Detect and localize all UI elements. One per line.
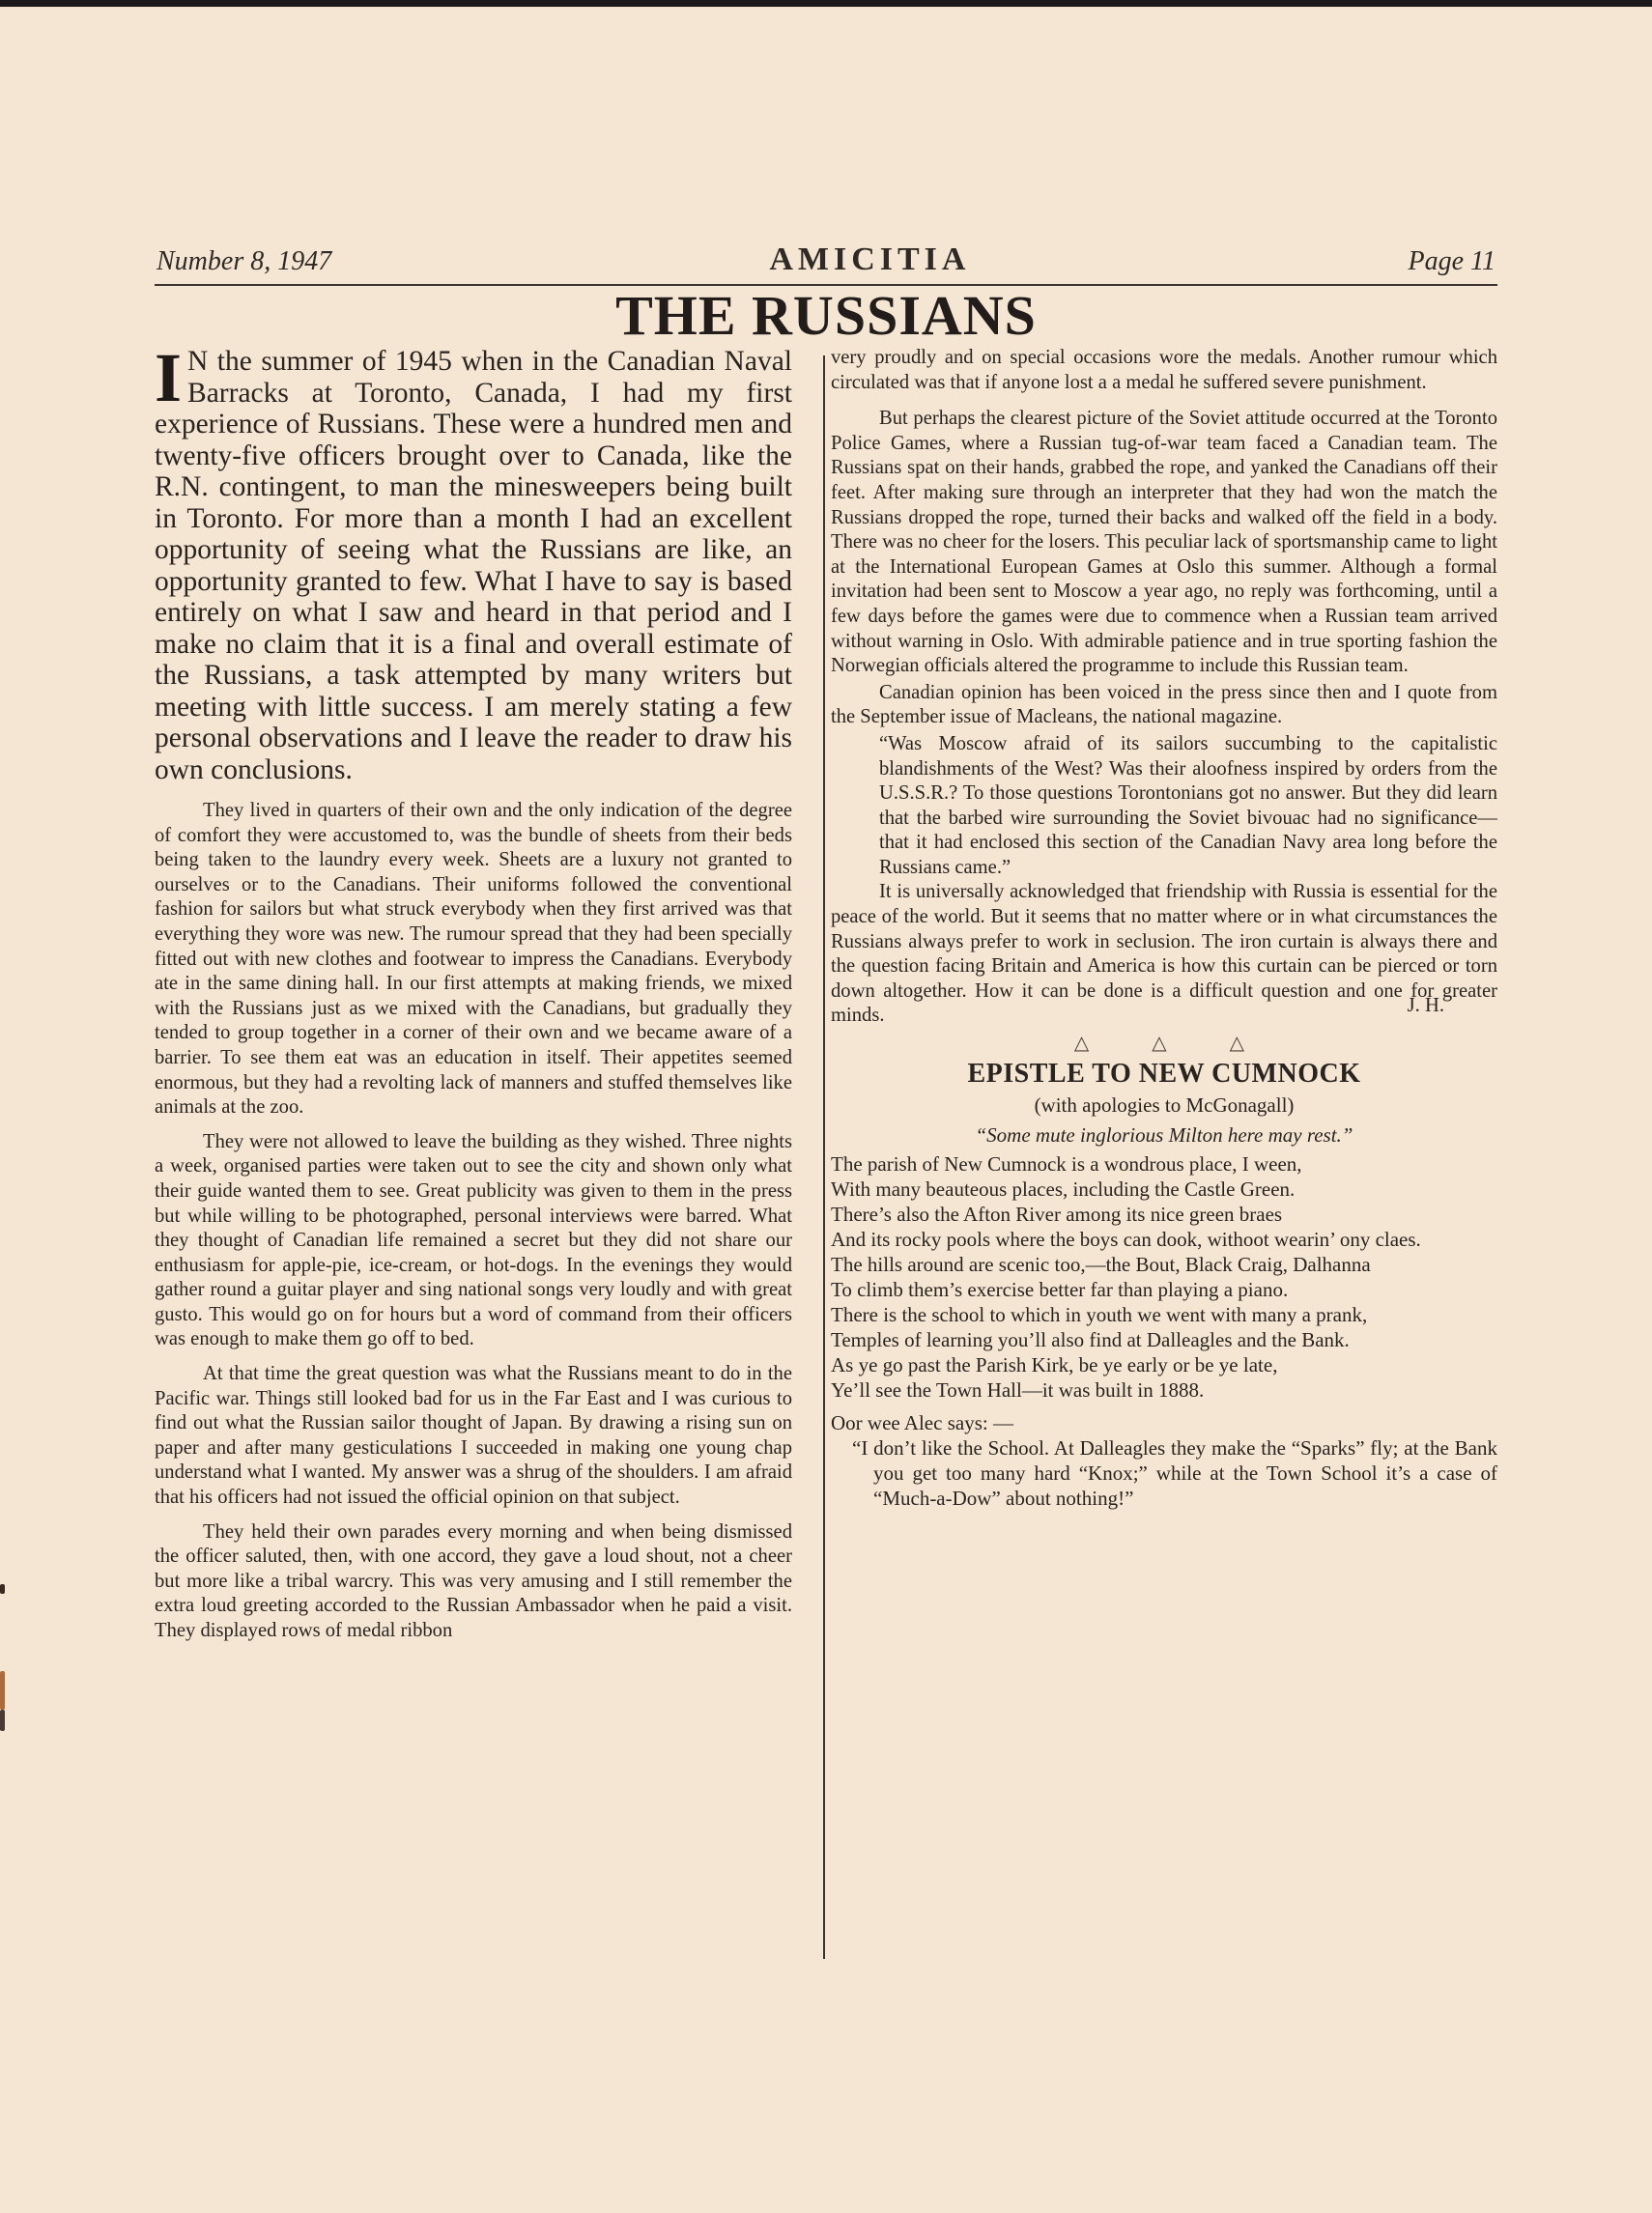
intro-text: N the summer of 1945 when in the Canadia… (155, 346, 792, 785)
poem-title: EPISTLE TO NEW CUMNOCK (831, 1059, 1497, 1090)
article-title: THE RUSSIANS (155, 288, 1497, 344)
closing-block: It is universally acknowledged that frie… (831, 880, 1497, 1029)
body-paragraph: But perhaps the clearest picture of the … (831, 407, 1497, 679)
continued-paragraph: very proudly and on special occasions wo… (831, 346, 1497, 395)
poem-line: The hills around are scenic too,—the Bou… (831, 1252, 1497, 1277)
poem-line: Ye’ll see the Town Hall—it was built in … (831, 1377, 1497, 1403)
section-ornament-icon: △ △ △ (850, 1031, 1497, 1055)
binding-mark (0, 1584, 5, 1594)
closing-paragraph: It is universally acknowledged that frie… (831, 880, 1497, 1029)
page-number: Page 11 (1409, 246, 1495, 277)
poem-line: To climb them’s exercise better far than… (831, 1277, 1497, 1302)
poem-line: And its rocky pools where the boys can d… (831, 1227, 1497, 1252)
alec-saying-quote: “I don’t like the School. At Dalleagles … (852, 1435, 1497, 1511)
macleans-quote: “Was Moscow afraid of its sailors succum… (879, 732, 1497, 881)
magazine-page: Number 8, 1947 AMICITIA Page 11 THE RUSS… (155, 241, 1497, 1654)
poem-line: There’s also the Afton River among its n… (831, 1202, 1497, 1227)
intro-paragraph: IN the summer of 1945 when in the Canadi… (155, 346, 792, 785)
poem-verse: The parish of New Cumnock is a wondrous … (831, 1151, 1497, 1403)
binding-mark (0, 1671, 5, 1710)
body-paragraph: They were not allowed to leave the build… (155, 1130, 792, 1352)
poem-epigraph: “Some mute inglorious Milton here may re… (831, 1123, 1497, 1148)
drop-cap: I (155, 350, 182, 406)
issue-number: Number 8, 1947 (157, 246, 331, 277)
running-header: Number 8, 1947 AMICITIA Page 11 (155, 241, 1497, 286)
poem-subtitle: (with apologies to McGonagall) (831, 1093, 1497, 1118)
body-paragraph: Canadian opinion has been voiced in the … (831, 681, 1497, 730)
binding-mark (0, 1710, 5, 1731)
right-column: very proudly and on special occasions wo… (831, 346, 1497, 1654)
poem-line: There is the school to which in youth we… (831, 1302, 1497, 1327)
poem-line: Temples of learning you’ll also find at … (831, 1327, 1497, 1352)
poem-line: With many beauteous places, including th… (831, 1177, 1497, 1202)
body-paragraph: They lived in quarters of their own and … (155, 799, 792, 1121)
column-divider (823, 355, 825, 1959)
left-column: IN the summer of 1945 when in the Canadi… (155, 346, 792, 1654)
body-paragraph: At that time the great question was what… (155, 1362, 792, 1511)
body-paragraph: They held their own parades every mornin… (155, 1520, 792, 1644)
article-columns: IN the summer of 1945 when in the Canadi… (155, 346, 1497, 1654)
publication-name: AMICITIA (769, 241, 970, 278)
scan-top-edge (0, 0, 1652, 7)
poem-line: The parish of New Cumnock is a wondrous … (831, 1151, 1497, 1177)
poem-line: As ye go past the Parish Kirk, be ye ear… (831, 1352, 1497, 1377)
alec-saying-intro: Oor wee Alec says: — (831, 1410, 1497, 1435)
author-initials: J. H. (1408, 995, 1444, 1017)
